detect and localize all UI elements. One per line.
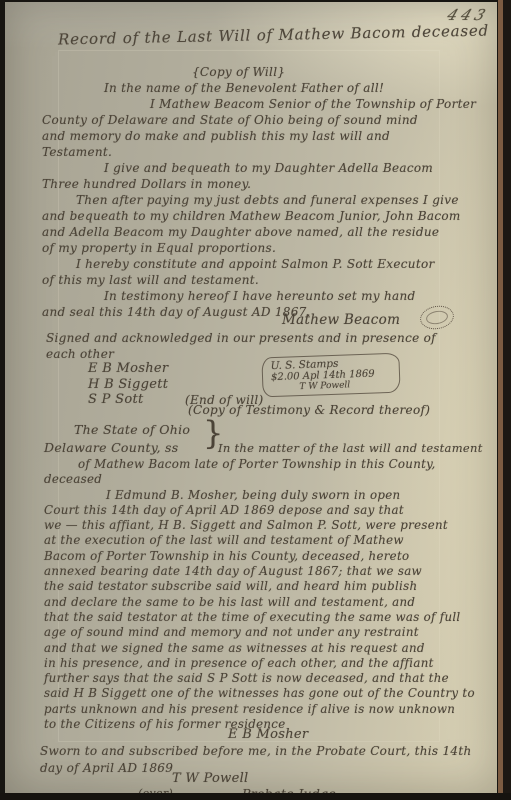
jurat-clause: Sworn to and subscribed before me, in th… [40,743,472,776]
handwritten-line: that the said testator at the time of ex… [44,610,475,625]
will-body: {Copy of Will}In the name of the Benevol… [42,64,476,320]
handwritten-line: I give and bequeath to my Daughter Adell… [104,160,476,176]
handwritten-line: Bacom of Porter Township in his County, … [44,549,475,564]
handwritten-line: Court this 14th day of April AD 1869 dep… [44,503,475,518]
venue-state: The State of Ohio [74,422,190,437]
handwritten-line: I hereby constitute and appoint Salmon P… [76,256,476,272]
handwritten-line: Testament. [42,144,476,160]
handwritten-line: of this my last will and testament. [42,272,476,288]
venue-county: Delaware County, ss [44,440,178,455]
handwritten-line: of my property in Equal proportions. [42,240,476,256]
affiant-signature: E B Mosher [228,727,308,742]
judge-signature: T W Powell [172,771,248,786]
archival-photo: 443 Record of the Last Will of Mathew Ba… [0,0,511,800]
next-page-edge [0,793,511,800]
handwritten-line: {Copy of Will} [192,64,476,80]
handwritten-line: and Adella Beacom my Daughter above name… [42,224,476,240]
gutter-shadow [503,0,511,800]
handwritten-line: I Edmund B. Mosher, being duly sworn in … [106,488,475,503]
witness-list: E B MosherH B SiggettS P Sott [88,361,168,408]
handwritten-line: E B Mosher [88,361,168,377]
handwritten-line: Three hundred Dollars in money. [42,176,476,192]
handwritten-line: of Mathew Bacom late of Porter Township … [78,457,475,472]
stamp-line: T W Powell [299,379,391,392]
handwritten-line: In testimony hereof I have hereunto set … [104,288,476,304]
handwritten-line: at the execution of the last will and te… [44,533,475,548]
handwritten-line: annexed bearing date 14th day of August … [44,564,475,579]
testator-signature: Mathew Beacom [282,312,400,328]
handwritten-line: we — this affiant, H B. Siggett and Salm… [44,518,475,533]
handwritten-line: and declare the same to be his last will… [44,595,475,610]
venue-matter-intro: In the matter of the last will and testa… [218,441,483,455]
testimony-heading: (Copy of Testimony & Record thereof) [188,403,430,417]
handwritten-line: Then after paying my just debts and fune… [76,192,476,208]
handwritten-line: County of Delaware and State of Ohio bei… [42,112,476,128]
revenue-stamp-box: U. S. Stamps $2.00 Apl 14th 1869 T W Pow… [261,353,400,398]
handwritten-line: deceased [44,472,475,487]
handwritten-line: and bequeath to my children Mathew Beaco… [42,208,476,224]
handwritten-line: In the name of the Benevolent Father of … [104,80,476,96]
handwritten-line: the said testator subscribe said will, a… [44,579,475,594]
handwritten-line: and memory do make and publish this my l… [42,128,476,144]
handwritten-line: day of April AD 1869 [40,760,472,777]
handwritten-line: parts unknown and his present residence … [44,702,475,717]
handwritten-line: age of sound mind and memory and not und… [44,625,475,640]
handwritten-line: H B Siggett [88,377,168,393]
testimony-body: of Mathew Bacom late of Porter Township … [44,457,475,732]
handwritten-line: and seal this 14th day of August AD 1867… [42,304,476,320]
handwritten-line: I Mathew Beacom Senior of the Township o… [150,96,476,112]
handwritten-line: said H B Siggett one of the witnesses ha… [44,686,475,701]
handwritten-line: and that we signed the same as witnesses… [44,641,475,656]
handwritten-line: further says that the said S P Sott is n… [44,671,475,686]
handwritten-line: in his presence, and in presence of each… [44,656,475,671]
handwritten-line: S P Sott [88,392,168,408]
handwritten-line: Sworn to and subscribed before me, in th… [40,743,472,760]
handwritten-line: Signed and acknowledged in our presents … [46,331,436,347]
